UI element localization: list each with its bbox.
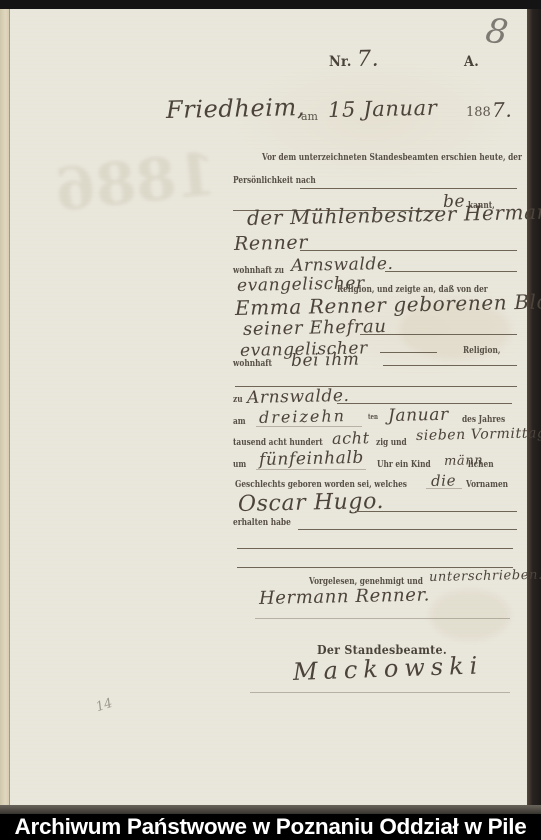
year-words-printed: tausend acht hundert [233,437,323,448]
child-names: Oscar Hugo. [238,489,385,517]
record-number-value: 7. [357,47,380,72]
blank-line [355,511,517,512]
page-bottom-shadow [0,805,541,814]
birth-time: fünfeinhalb [259,448,364,470]
archive-banner: Archiwum Państwowe w Poznaniu Oddział w … [0,814,541,840]
blank-line [385,271,517,272]
archive-banner-text: Archiwum Państwowe w Poznaniu Oddział w … [15,814,527,840]
um-label: um [233,459,246,470]
blank-line [360,334,517,335]
dash-line [380,352,437,353]
birthplace-label: zu [233,394,243,405]
religion2-label: Religion, [463,345,500,356]
blank-line [337,403,512,404]
blank-line [298,529,517,530]
record-number-label: Nr. [329,54,352,70]
birth-day: dreizehn [259,406,346,427]
vorgelesen-hand: unterschrieben. [429,568,541,585]
faint-line [255,618,510,619]
identity-label: Persönlichkeit nach [233,175,316,186]
blank-line [383,365,517,366]
blank-line [237,548,513,549]
residence-value: Arnswalde. [291,254,394,276]
scan-top-border [0,0,541,9]
mother-relation: seiner Ehefrau [243,316,387,340]
birth-month: Januar [388,405,449,426]
received-label: erhalten habe [233,517,291,528]
faint-line [250,692,510,693]
year-words-hand1: acht [332,428,370,448]
ink-smudge [430,590,510,640]
year-words-printed2: zig und [376,437,407,448]
scan-right-border [527,9,541,805]
declarant-signature: Hermann Renner. [259,584,430,609]
ten-suffix: ten [368,412,378,421]
year-printed: 188 [466,105,491,120]
blank-line [300,250,517,251]
vornamen-label: Vornamen [466,479,508,490]
birthplace-value: Arnswalde. [247,386,350,408]
declarant-name-line2: Renner [234,231,308,255]
uhr-label: Uhr ein Kind [377,459,431,470]
record-date: 15 Januar [328,96,438,122]
book-binding-edge [0,9,10,805]
scanned-register-page: 1886 8 Nr. 7. A. Friedheim, am 15 Januar… [0,0,541,840]
form-letter: A. [464,54,479,70]
residence2-value: bei ihm [291,350,360,371]
sex-label: lichen [468,459,494,470]
record-place: Friedheim, [166,93,306,124]
residence2-label: wohnhaft [233,358,272,369]
blank-line [237,567,513,568]
intro-line: Vor dem unterzeichneten Standesbeamten e… [262,152,522,163]
dotted-line [256,469,366,470]
am-label: am [301,110,318,123]
dotted-line [426,488,462,489]
year-digit: 7. [492,98,513,122]
year-words-hand2: sieben Vormittags [416,425,541,444]
blank-line [300,188,517,189]
dotted-line [256,426,362,427]
des-jahres-label: des Jahres [462,414,505,425]
am2-label: am [233,416,246,427]
